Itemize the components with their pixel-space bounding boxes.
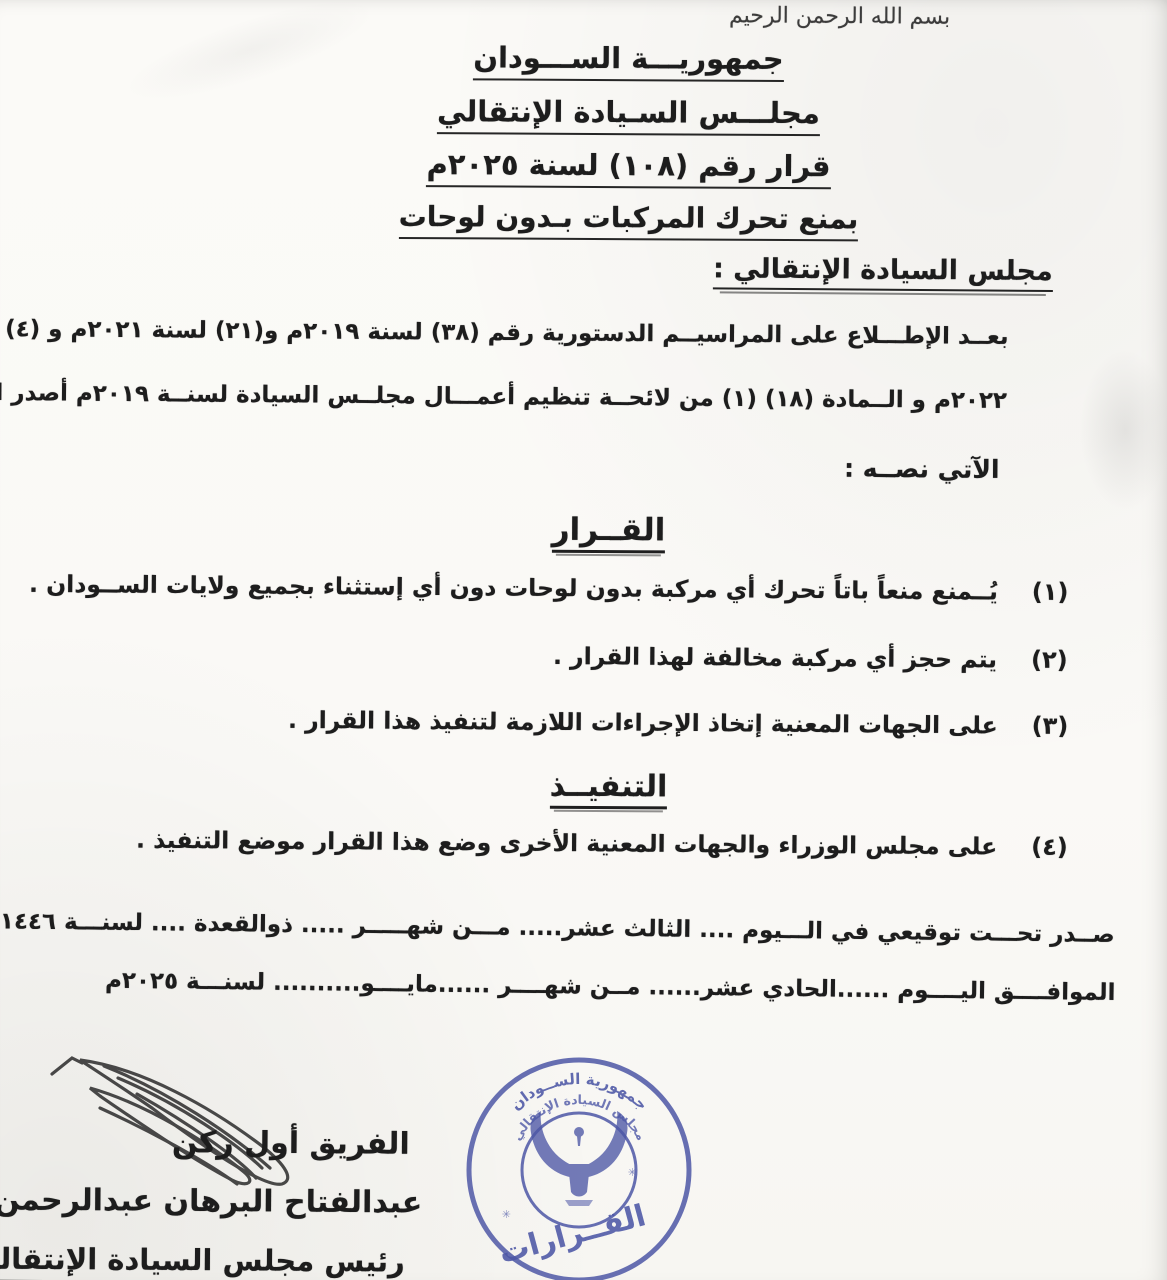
decree-subject: بمنع تحرك المركبات بـدون لوحات: [399, 200, 859, 241]
republic-title: جمهوريـــة الســـودان: [473, 40, 784, 82]
item-number: (١): [1031, 578, 1068, 606]
execution-heading: التنفيــذ: [550, 769, 668, 810]
item-number: (٢): [1031, 646, 1068, 674]
scan-smudge: [1080, 350, 1167, 510]
bismillah: بسم الله الرحمن الرحيم: [729, 3, 950, 30]
item-text: يتم حجز أي مركبة مخالفة لهذا القرار .: [553, 642, 997, 673]
preamble-line-2: ٢٠٢٢م و الــمادة (١٨) (١) من لائحــة تنظ…: [0, 379, 1007, 414]
item-number: (٣): [1031, 712, 1068, 740]
signatory-name: عبدالفتاح البرهان عبدالرحمن: [0, 1183, 422, 1221]
decision-item-3: (٣) على الجهات المعنية إتخاذ الإجراءات ا…: [288, 706, 1068, 740]
council-title: مجلـــس السـيادة الإنتقالي: [437, 94, 820, 136]
stamp-star-left: ✳: [502, 1208, 511, 1221]
signatory-rank: الفريق أول ركن: [172, 1125, 410, 1162]
hijri-date-line: صــدر تحـــت توقيعي في الـــيوم .... الث…: [0, 908, 1115, 948]
official-stamp: جمهورية الســودان مجلس السيادة الإنتقالي…: [461, 1052, 697, 1280]
stamp-star-right: ✳: [628, 1166, 637, 1179]
item-text: على الجهات المعنية إتخاذ الإجراءات اللاز…: [288, 706, 998, 740]
item-text: على مجلس الوزراء والجهات المعنية الأخرى …: [136, 826, 997, 861]
scanned-decree-page: بسم الله الرحمن الرحيم جمهوريـــة الســـ…: [0, 0, 1167, 1280]
item-number: (٤): [1031, 833, 1068, 861]
decision-heading: القــرار: [552, 512, 666, 554]
stamp-ring-text-outer: جمهورية الســودان: [507, 1070, 652, 1114]
execution-item-4: (٤) على مجلس الوزراء والجهات المعنية الأ…: [136, 826, 1068, 861]
gregorian-date-line: الموافــــق اليــــوم ......الحادي عشر..…: [104, 968, 1115, 1006]
signature-stroke: [52, 1058, 82, 1074]
preamble-line-1: بعــد الإطـــلاع على المراسيــم الدستوري…: [0, 315, 1009, 350]
decision-item-1: (١) يُــمنع منعاً باتاً تحرك أي مركبة بد…: [28, 570, 1068, 606]
signatory-title: رئيس مجلس السيادة الإنتقالي: [0, 1241, 405, 1280]
decision-item-2: (٢) يتم حجز أي مركبة مخالفة لهذا القرار …: [553, 642, 1068, 674]
salutation: مجلس السيادة الإنتقالي :: [713, 253, 1053, 292]
item-text: يُــمنع منعاً باتاً تحرك أي مركبة بدون ل…: [28, 570, 997, 606]
stamp-bottom-text: القــرارات: [495, 1198, 649, 1271]
preamble-line-3: الآتي نصــه :: [844, 454, 1000, 484]
decree-number: قرار رقم (١٠٨) لسنة ٢٠٢٥م: [426, 147, 830, 189]
